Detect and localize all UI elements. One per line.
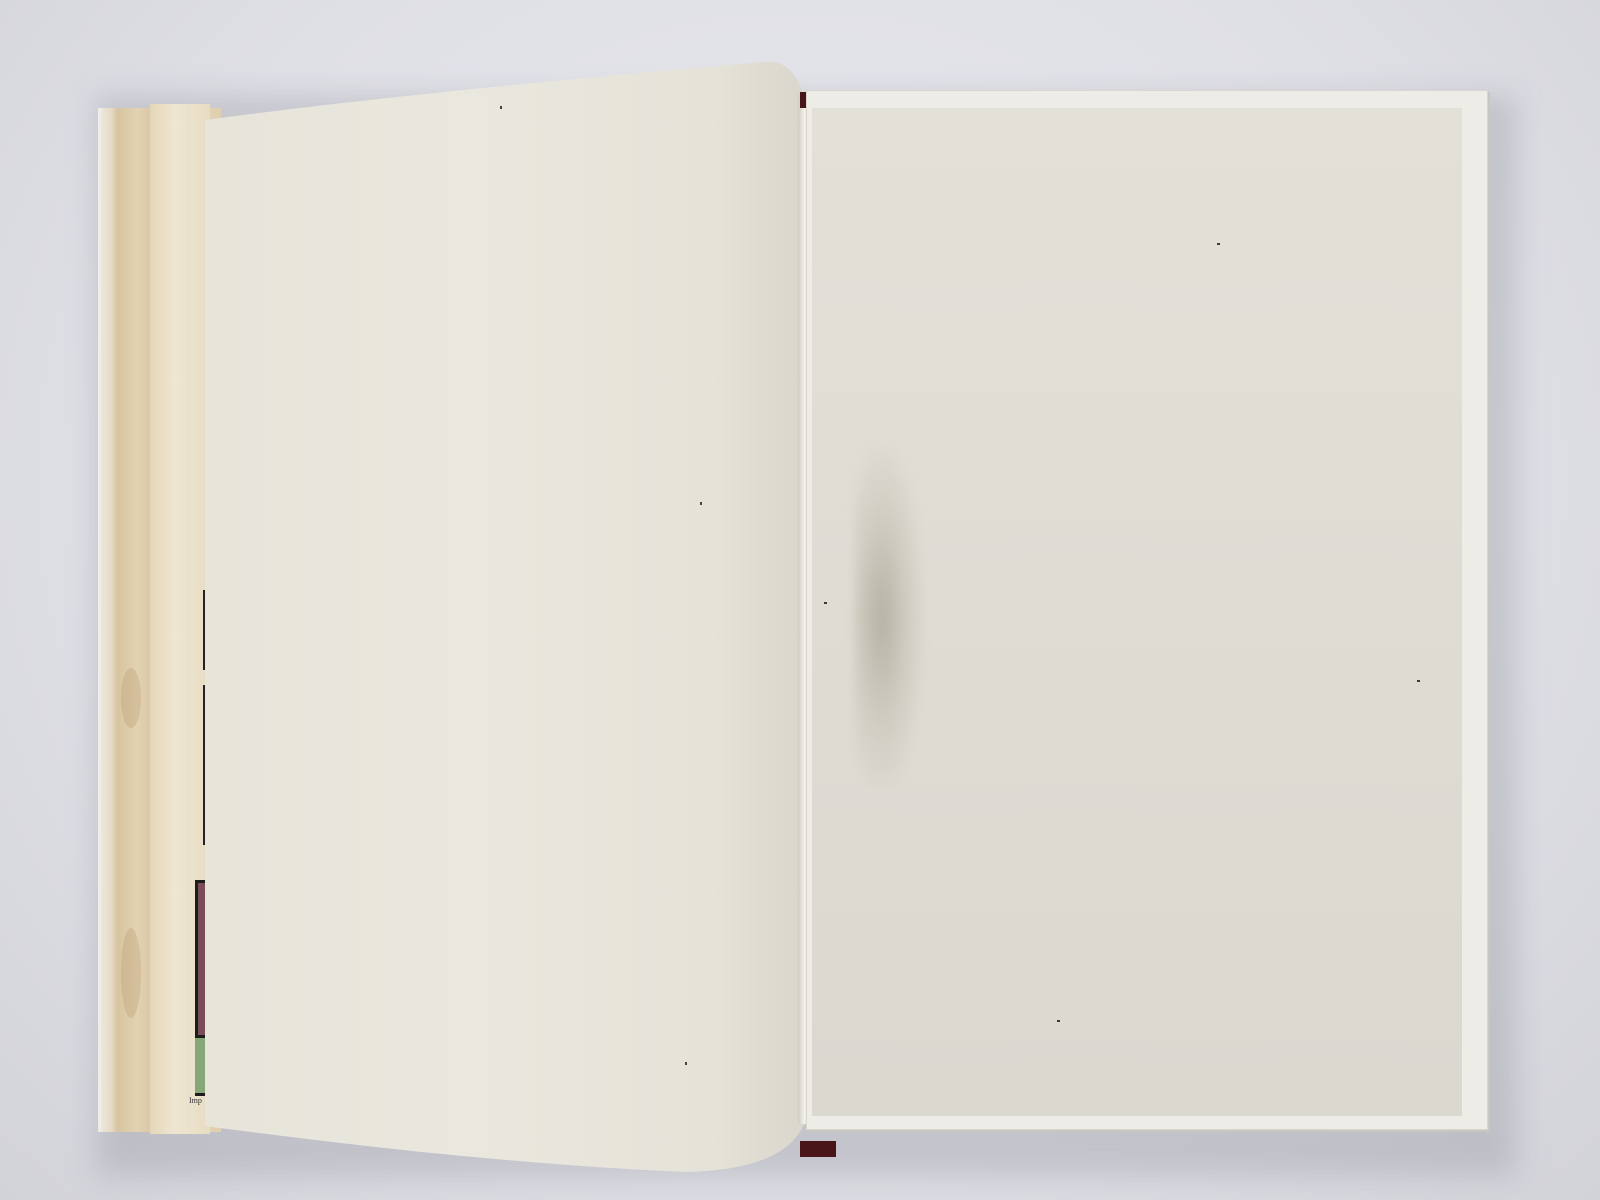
stain [121, 668, 141, 728]
plate-caption: Imp [189, 1096, 202, 1105]
bottom-headband [800, 1141, 836, 1157]
speck [685, 1062, 687, 1065]
speck [1417, 680, 1420, 682]
left-page [205, 62, 805, 1172]
speck [1217, 243, 1220, 245]
speck [1057, 1020, 1060, 1022]
foxing-stain [854, 448, 924, 788]
right-endpaper [812, 108, 1462, 1116]
speck [700, 502, 702, 505]
speck [824, 602, 827, 604]
stain [121, 928, 141, 1018]
speck [500, 106, 502, 109]
photo-scene: Imp [0, 0, 1600, 1200]
